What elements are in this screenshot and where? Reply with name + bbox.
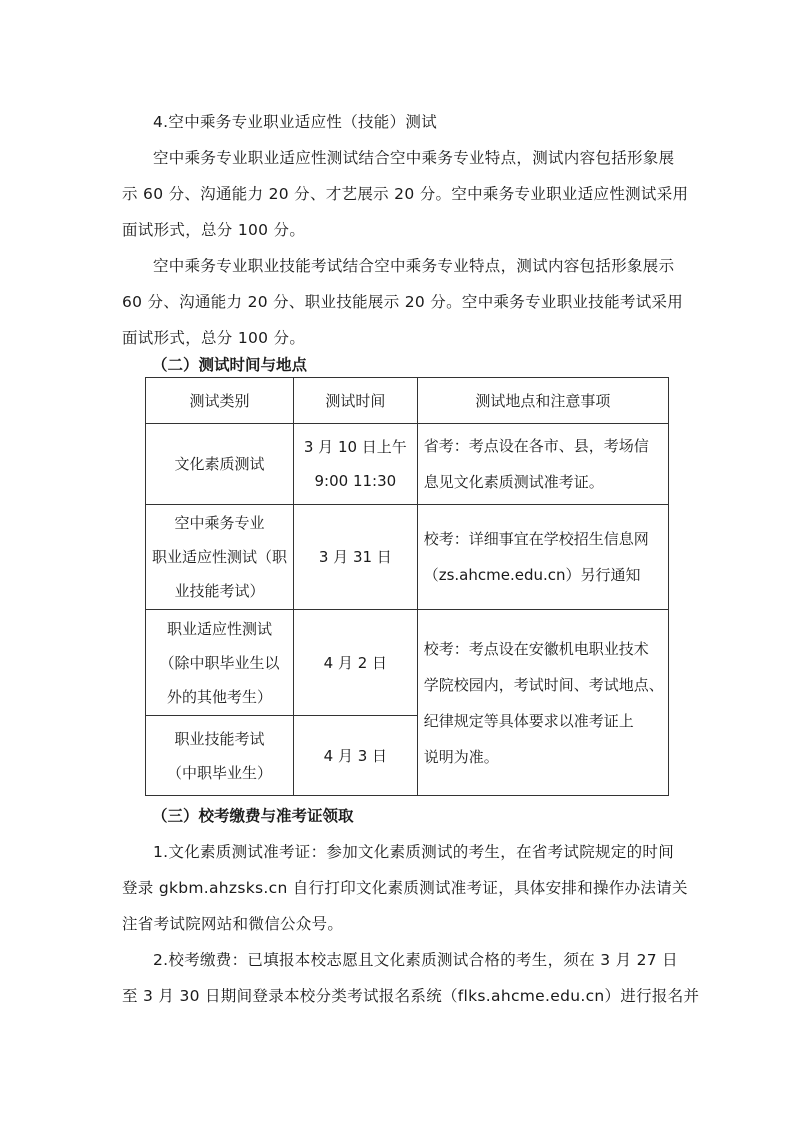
- paragraph-line: 空中乘务专业职业技能考试结合空中乘务专业特点，测试内容包括形象展示: [153, 256, 713, 276]
- section-2-heading: （二）测试时间与地点: [152, 355, 307, 375]
- cell-category: 文化素质测试: [146, 424, 294, 505]
- cell-time: 4 月 2 日: [294, 610, 418, 716]
- paragraph-line: 示 60 分、沟通能力 20 分、才艺展示 20 分。空中乘务专业职业适应性测试…: [122, 184, 682, 204]
- paragraph-line: 2.校考缴费：已填报本校志愿且文化素质测试合格的考生，须在 3 月 27 日: [153, 950, 713, 970]
- section-3-heading: （三）校考缴费与准考证领取: [152, 806, 354, 826]
- schedule-table: 测试类别 测试时间 测试地点和注意事项 文化素质测试 3 月 10 日上午 9:…: [145, 377, 669, 796]
- cell-time: 3 月 31 日: [294, 505, 418, 610]
- cell-category: 职业技能考试 （中职毕业生）: [146, 716, 294, 796]
- paragraph-line: 面试形式，总分 100 分。: [122, 220, 682, 240]
- table-row: 空中乘务专业 职业适应性测试（职 业技能考试） 3 月 31 日 校考：详细事宜…: [146, 505, 669, 610]
- cell-time: 3 月 10 日上午 9:00 11:30: [294, 424, 418, 505]
- cell-location-merged: 校考：考点设在安徽机电职业技术 学院校园内，考试时间、考试地点、 纪律规定等具体…: [417, 610, 668, 796]
- paragraph-line: 注省考试院网站和微信公众号。: [122, 914, 682, 934]
- paragraph-line: 至 3 月 30 日期间登录本校分类考试报名系统（flks.ahcme.edu.…: [122, 986, 682, 1006]
- paragraph-line: 面试形式，总分 100 分。: [122, 328, 682, 348]
- paragraph-line: 1.文化素质测试准考证：参加文化素质测试的考生，在省考试院规定的时间: [153, 842, 713, 862]
- paragraph-line: 60 分、沟通能力 20 分、职业技能展示 20 分。空中乘务专业职业技能考试采…: [122, 292, 682, 312]
- cell-time: 4 月 3 日: [294, 716, 418, 796]
- cell-location: 校考：详细事宜在学校招生信息网 （zs.ahcme.edu.cn）另行通知: [417, 505, 668, 610]
- table-header-row: 测试类别 测试时间 测试地点和注意事项: [146, 378, 669, 424]
- header-category: 测试类别: [146, 378, 294, 424]
- cell-location: 省考：考点设在各市、县，考场信 息见文化素质测试准考证。: [417, 424, 668, 505]
- table-row: 文化素质测试 3 月 10 日上午 9:00 11:30 省考：考点设在各市、县…: [146, 424, 669, 505]
- paragraph-line: 空中乘务专业职业适应性测试结合空中乘务专业特点，测试内容包括形象展: [153, 148, 713, 168]
- section-4-title: 4.空中乘务专业职业适应性（技能）测试: [153, 112, 713, 132]
- header-time: 测试时间: [294, 378, 418, 424]
- document-page: 4.空中乘务专业职业适应性（技能）测试 空中乘务专业职业适应性测试结合空中乘务专…: [0, 0, 800, 1132]
- paragraph-line: 登录 gkbm.ahzsks.cn 自行打印文化素质测试准考证，具体安排和操作办…: [122, 878, 682, 898]
- cell-category: 职业适应性测试 （除中职毕业生以 外的其他考生）: [146, 610, 294, 716]
- cell-category: 空中乘务专业 职业适应性测试（职 业技能考试）: [146, 505, 294, 610]
- table-row: 职业适应性测试 （除中职毕业生以 外的其他考生） 4 月 2 日 校考：考点设在…: [146, 610, 669, 716]
- header-location: 测试地点和注意事项: [417, 378, 668, 424]
